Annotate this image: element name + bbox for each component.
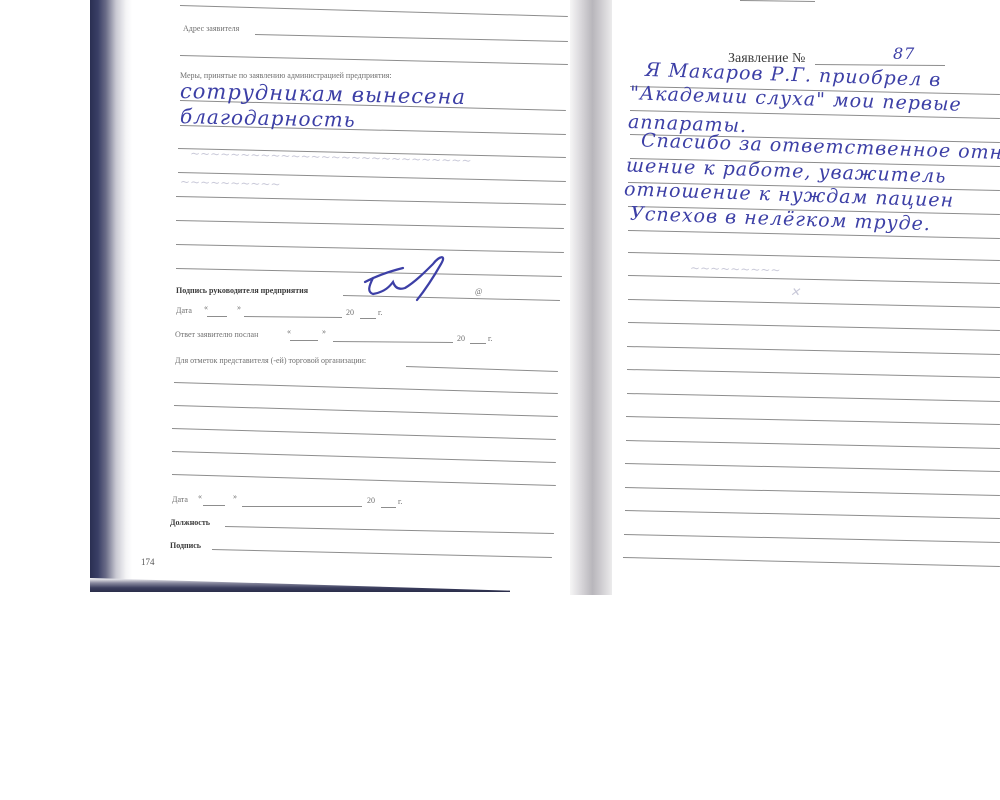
date-year-suffix: г. xyxy=(378,308,382,317)
date2-quote-close: » xyxy=(233,492,237,501)
date-quote-close: » xyxy=(237,303,241,312)
bleed-through-text: ~~~~~~~~~~ xyxy=(180,175,281,192)
manager-signature-label: Подпись руководителя предприятия xyxy=(176,286,308,295)
book-spine-shadow xyxy=(570,0,615,595)
scanned-book-spread: Адрес заявителя Меры, принятые по заявле… xyxy=(0,0,1000,800)
reply-year-prefix: 20 xyxy=(457,334,465,343)
address-label: Адрес заявителя xyxy=(183,24,239,33)
date-quote-open: « xyxy=(204,303,208,312)
date-label: Дата xyxy=(176,306,192,315)
reply-quote-close: » xyxy=(322,327,326,336)
bleed-through-text: ~~~~~~~~~ xyxy=(690,261,781,277)
statement-number: 87 xyxy=(893,44,915,63)
signature-mark: @ xyxy=(475,287,482,296)
measures-label: Меры, принятые по заявлению администраци… xyxy=(180,71,392,80)
date2-label: Дата xyxy=(172,495,188,504)
reply-year-suffix: г. xyxy=(488,334,492,343)
ruled-line xyxy=(470,343,486,344)
reply-sent-label: Ответ заявителю послан xyxy=(175,330,258,339)
ruled-line xyxy=(203,505,225,506)
measures-handwritten-line-2: благодарность xyxy=(180,104,356,132)
manager-signature xyxy=(355,252,465,302)
date-year-prefix: 20 xyxy=(346,308,354,317)
date2-year-prefix: 20 xyxy=(367,496,375,505)
ruled-line xyxy=(207,316,227,317)
signature-label: Подпись xyxy=(170,541,201,550)
trade-org-notes-label: Для отметок представителя (-ей) торговой… xyxy=(175,356,366,365)
reply-quote-open: « xyxy=(287,327,291,336)
date2-quote-open: « xyxy=(198,492,202,501)
ruled-line xyxy=(242,506,362,507)
date2-year-suffix: г. xyxy=(398,497,402,506)
page-number: 174 xyxy=(141,557,155,567)
ruled-line xyxy=(360,318,376,319)
position-label: Должность xyxy=(170,518,210,527)
ruled-line xyxy=(290,340,318,341)
bleed-through-stamp: ✕ xyxy=(790,285,800,299)
ruled-line xyxy=(381,507,396,508)
